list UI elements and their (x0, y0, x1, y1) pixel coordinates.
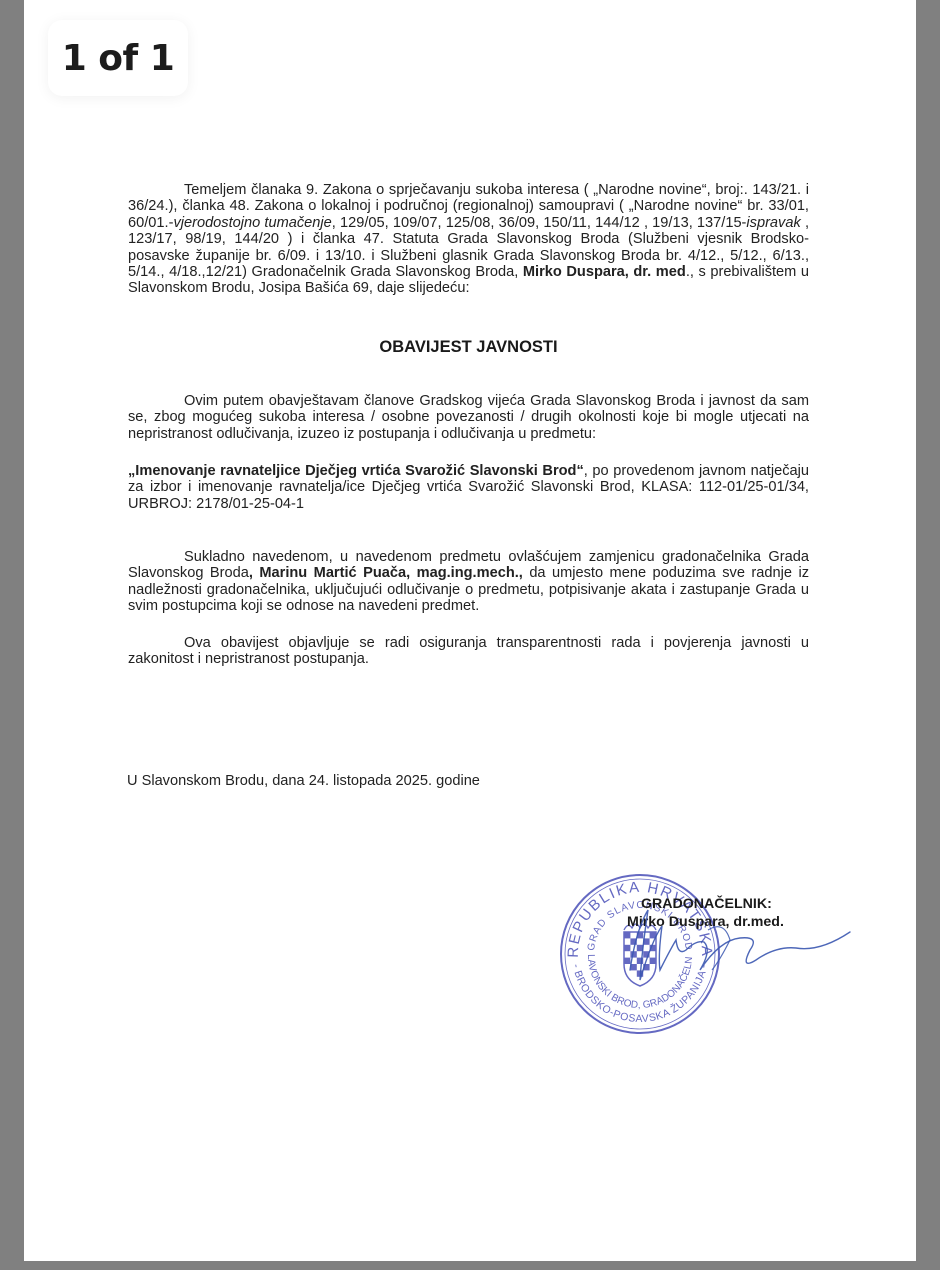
subject-title: „Imenovanje ravnateljice Dječjeg vrtića … (128, 463, 584, 479)
subject-paragraph: „Imenovanje ravnateljice Dječjeg vrtića … (128, 463, 809, 512)
mayor-name: Mirko Duspara, dr. med (523, 264, 686, 280)
notice-paragraph: Ovim putem obavještavam članove Gradskog… (128, 393, 809, 442)
preamble-paragraph: Temeljem članaka 9. Zakona o sprječavanj… (128, 182, 809, 297)
delegation-paragraph: Sukladno navedenom, u navedenom predmetu… (128, 549, 809, 615)
place-date: U Slavonskom Brodu, dana 24. listopada 2… (127, 773, 480, 789)
deputy-name: , Marinu Martić Puača, mag.ing.mech., (249, 565, 523, 581)
purpose-paragraph: Ova obavijest objavljuje se radi osigura… (128, 635, 809, 668)
handwritten-signature-icon (600, 890, 860, 1010)
preamble-italic: ispravak (746, 215, 800, 231)
preamble-text: , 129/05, 109/07, 125/08, 36/09, 150/11,… (332, 215, 747, 231)
page-counter-badge: 1 of 1 (48, 20, 188, 96)
preamble-italic: vjerodostojno tumačenje (173, 215, 331, 231)
document-title: OBAVIJEST JAVNOSTI (128, 338, 809, 357)
purpose-text: Ova obavijest objavljuje se radi osigura… (128, 635, 809, 668)
notice-text: Ovim putem obavještavam članove Gradskog… (128, 393, 809, 442)
